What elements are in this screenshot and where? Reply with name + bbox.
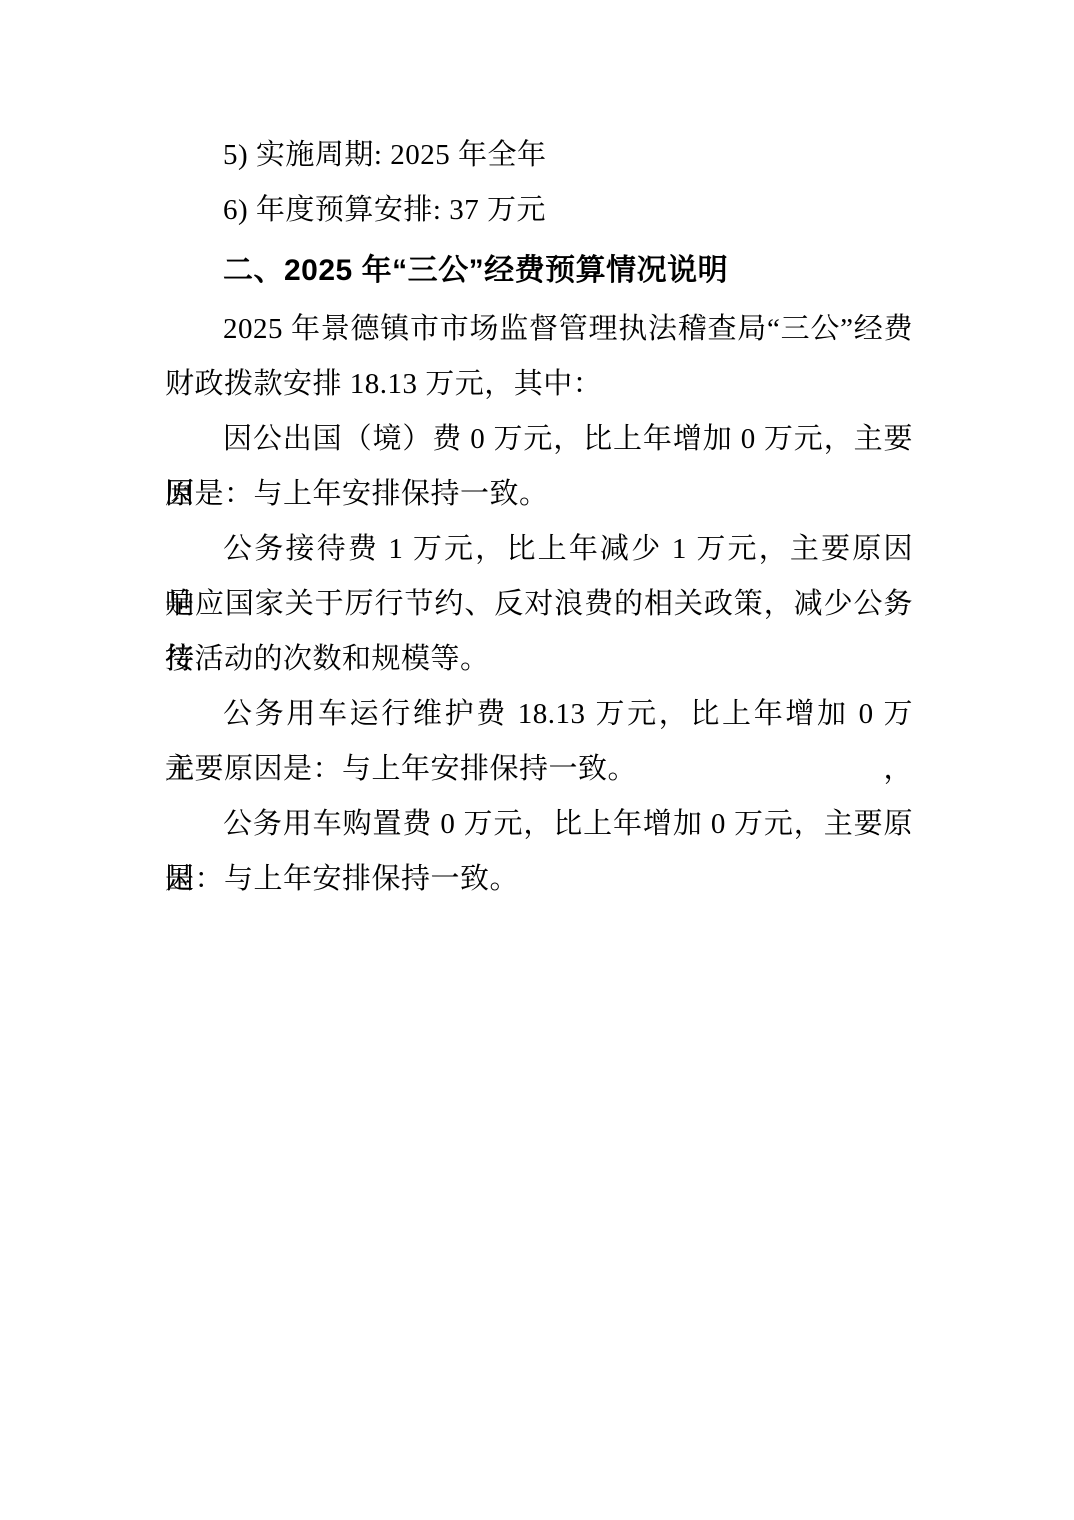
section-heading: 二、2025 年“三公”经费预算情况说明 — [165, 243, 913, 298]
abroad-expense-line-2: 因是：与上年安排保持一致。 — [165, 467, 913, 522]
budget-summary-line-2: 财政拨款安排 18.13 万元，其中： — [165, 357, 913, 412]
reception-expense-line-3: 待活动的次数和规模等。 — [165, 632, 913, 687]
list-item-6-annual-budget: 6) 年度预算安排: 37 万元 — [165, 183, 913, 238]
abroad-expense-line-1: 因公出国（境）费 0 万元，比上年增加 0 万元，主要原 — [165, 412, 913, 467]
vehicle-purchase-line-2: 是：与上年安排保持一致。 — [165, 852, 913, 907]
reception-expense-line-2: 响应国家关于厉行节约、反对浪费的相关政策，减少公务接 — [165, 577, 913, 632]
reception-expense-line-1: 公务接待费 1 万元，比上年减少 1 万元，主要原因是： — [165, 522, 913, 577]
vehicle-purchase-line-1: 公务用车购置费 0 万元，比上年增加 0 万元，主要原因 — [165, 797, 913, 852]
budget-summary-line-1: 2025 年景德镇市市场监督管理执法稽查局“三公”经费 — [165, 302, 913, 357]
document-page: 5) 实施周期: 2025 年全年 6) 年度预算安排: 37 万元 二、202… — [0, 0, 1074, 1520]
document-body: 5) 实施周期: 2025 年全年 6) 年度预算安排: 37 万元 二、202… — [165, 128, 913, 907]
list-item-5-implementation-period: 5) 实施周期: 2025 年全年 — [165, 128, 913, 183]
vehicle-maintenance-line-1: 公务用车运行维护费 18.13 万元，比上年增加 0 万元， — [165, 687, 913, 742]
